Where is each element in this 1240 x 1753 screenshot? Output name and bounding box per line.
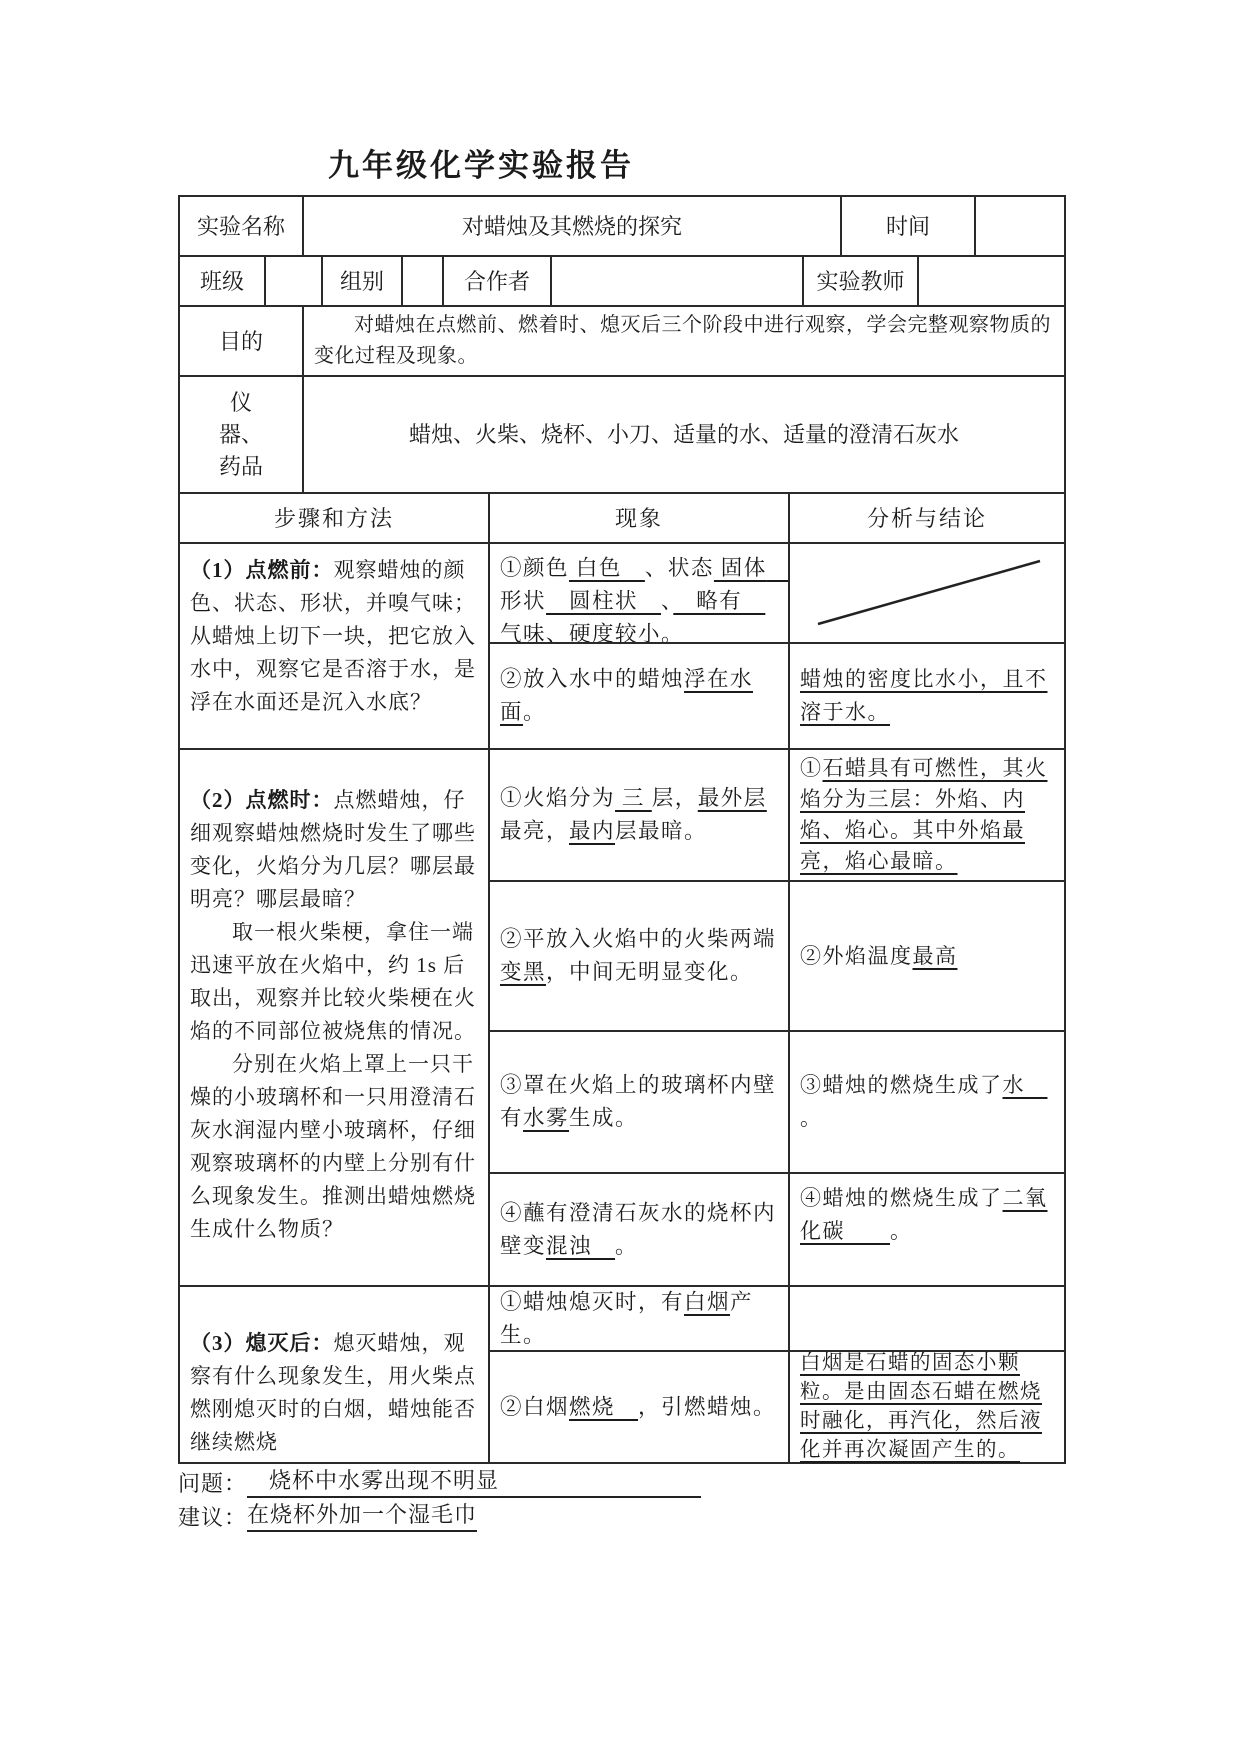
col-header-analysis: 分析与结论 xyxy=(788,492,1066,544)
section2-analysis2-cell: ②外焰温度最高 xyxy=(788,880,1066,1032)
section3-analysis1-cell xyxy=(788,1285,1066,1352)
teacher-value-cell xyxy=(917,255,1066,307)
section2-analysis1-cell: ①石蜡具有可燃性，其火焰分为三层：外焰、内焰、焰心。其中外焰最亮，焰心最暗。 xyxy=(788,748,1066,882)
suggestion-value: 在烧杯外加一个湿毛巾 xyxy=(247,1498,477,1532)
section3-observation1-cell: ①蜡烛熄灭时，有白烟产生。 xyxy=(488,1285,790,1352)
collaborator-value-cell xyxy=(550,255,804,307)
purpose-label-cell: 目的 xyxy=(178,305,304,377)
col-header-phenomena: 现象 xyxy=(488,492,790,544)
group-value-cell xyxy=(401,255,444,307)
lab-report-page: 九年级化学实验报告 实验名称 对蜡烛及其燃烧的探究 时间 班级 组别 合作者 实… xyxy=(0,0,1240,1753)
class-label-cell: 班级 xyxy=(178,255,266,307)
section2-observation1-cell: ①火焰分为 三 层，最外层最亮，最内层最暗。 xyxy=(488,748,790,882)
section1-observation2-cell: ②放入水中的蜡烛浮在水面。 xyxy=(488,642,790,750)
problem-value: 烧杯中水雾出现不明显 xyxy=(247,1464,701,1498)
problem-label: 问题： xyxy=(178,1471,247,1496)
time-value-cell xyxy=(974,195,1066,257)
apparatus-label-line2: 器、 xyxy=(219,419,263,451)
section1-steps-cell: （1）点燃前：观察蜡烛的颜色、状态、形状，并嗅气味；从蜡烛上切下一块，把它放入水… xyxy=(178,542,490,750)
section2-observation4-cell: ④蘸有澄清石灰水的烧杯内壁变混浊 。 xyxy=(488,1172,790,1287)
col-header-steps: 步骤和方法 xyxy=(178,492,490,544)
apparatus-label-cell: 仪 器、 药品 xyxy=(178,375,304,494)
problem-line: 问题：烧杯中水雾出现不明显 xyxy=(178,1464,701,1498)
purpose-text-cell: 对蜡烛在点燃前、燃着时、熄灭后三个阶段中进行观察，学会完整观察物质的变化过程及现… xyxy=(302,305,1066,377)
section2-steps-cell: （2）点燃时：点燃蜡烛，仔细观察蜡烛燃烧时发生了哪些变化，火焰分为几层？哪层最明… xyxy=(178,748,490,1287)
section1-analysis1-cell xyxy=(788,542,1066,644)
section2-analysis4-cell: ④蜡烛的燃烧生成了二氧化碳 。 xyxy=(788,1172,1066,1287)
experiment-name-label-cell: 实验名称 xyxy=(178,195,304,257)
group-label-cell: 组别 xyxy=(321,255,403,307)
section3-observation2-cell: ②白烟燃烧 ，引燃蜡烛。 xyxy=(488,1350,790,1464)
class-value-cell xyxy=(264,255,323,307)
collaborator-label-cell: 合作者 xyxy=(442,255,552,307)
apparatus-text-cell: 蜡烛、火柴、烧杯、小刀、适量的水、适量的澄清石灰水 xyxy=(302,375,1066,494)
section3-steps-cell: （3）熄灭后：熄灭蜡烛，观察有什么现象发生，用火柴点燃刚熄灭时的白烟，蜡烛能否继… xyxy=(178,1285,490,1464)
section1-observation1-cell: ①颜色 白色 、状态 固体 形状 圆柱状 、 略有 气味、硬度较小。 xyxy=(488,542,790,644)
experiment-name-value-cell: 对蜡烛及其燃烧的探究 xyxy=(302,195,842,257)
time-label-cell: 时间 xyxy=(840,195,976,257)
section1-analysis2-cell: 蜡烛的密度比水小，且不溶于水。 xyxy=(788,642,1066,750)
apparatus-label-line3: 药品 xyxy=(219,451,263,483)
suggestion-label: 建议： xyxy=(178,1505,247,1530)
section2-observation2-cell: ②平放入火焰中的火柴两端变黑，中间无明显变化。 xyxy=(488,880,790,1032)
section3-analysis2-cell: 白烟是石蜡的固态小颗粒。是由固态石蜡在燃烧时融化，再汽化，然后液化并再次凝固产生… xyxy=(788,1350,1066,1464)
apparatus-label-line1: 仪 xyxy=(230,387,252,419)
teacher-label-cell: 实验教师 xyxy=(802,255,919,307)
suggestion-line: 建议：在烧杯外加一个湿毛巾 xyxy=(178,1498,477,1532)
section2-analysis3-cell: ③蜡烛的燃烧生成了水 。 xyxy=(788,1030,1066,1174)
diagonal-slash-icon xyxy=(790,544,1064,642)
section2-observation3-cell: ③罩在火焰上的玻璃杯内壁有水雾生成。 xyxy=(488,1030,790,1174)
page-title: 九年级化学实验报告 xyxy=(328,140,634,185)
